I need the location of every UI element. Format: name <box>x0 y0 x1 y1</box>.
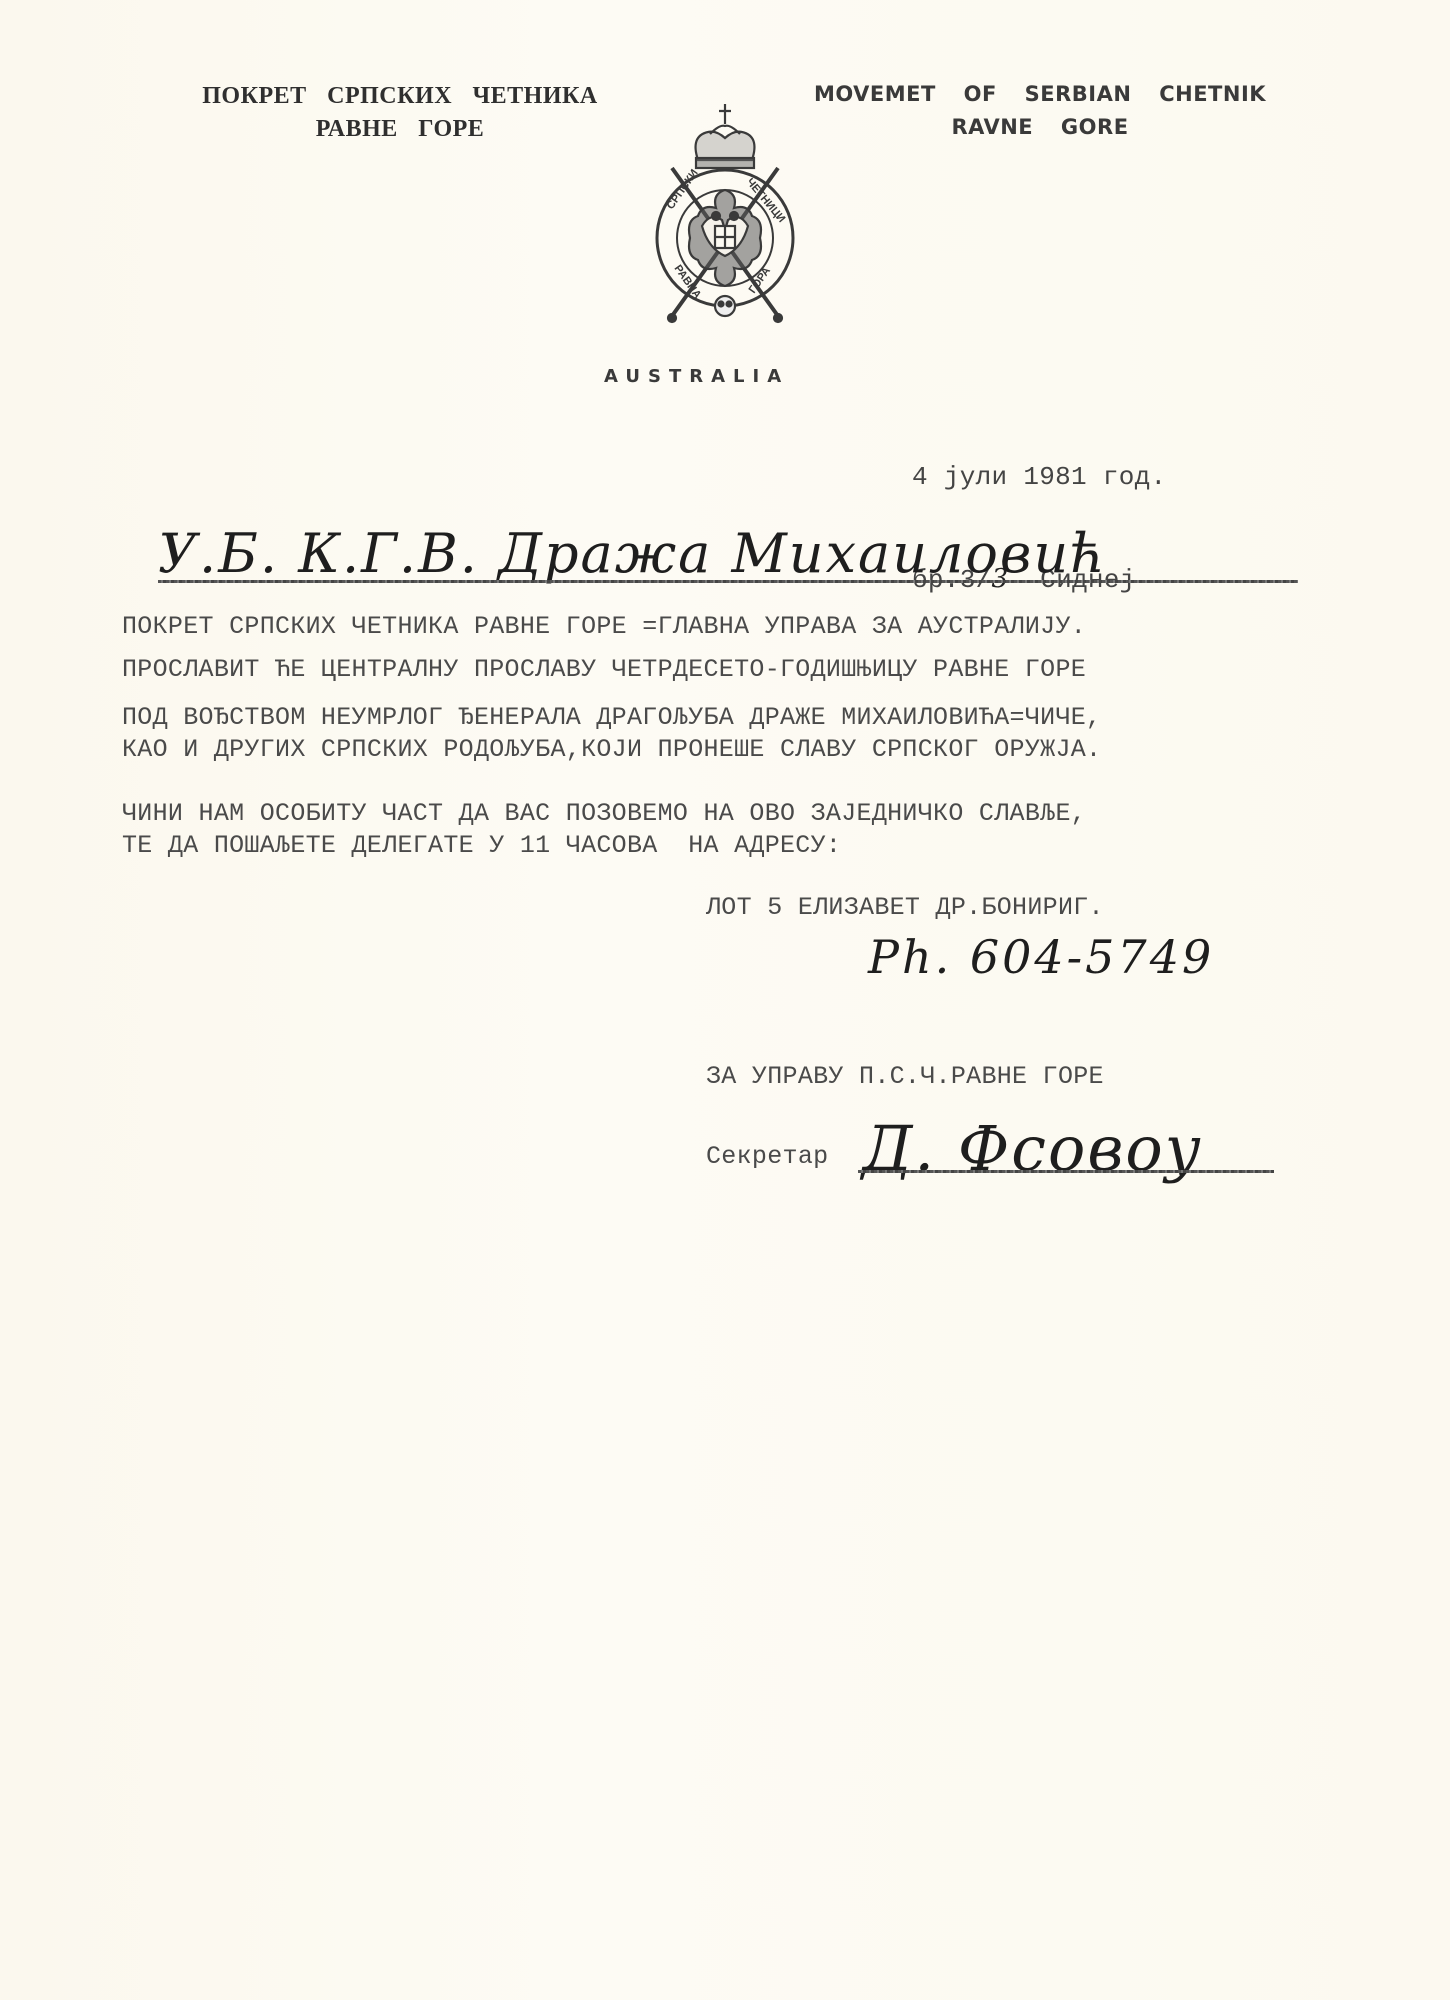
closing-on-behalf: ЗА УПРАВУ П.С.Ч.РАВНЕ ГОРЕ <box>706 1062 1104 1091</box>
letterhead-cyrillic: ПОКРЕТ СРПСКИХ ЧЕТНИКА РАВНЕ ГОРЕ <box>150 80 650 146</box>
svg-text:СРПСКИ: СРПСКИ <box>665 167 701 211</box>
body-paragraph-3-line-2: КАО И ДРУГИХ СРПСКИХ РОДОЉУБА,КОЈИ ПРОНЕ… <box>122 735 1101 764</box>
crowned-emblem-icon: СРПСКИ ЧЕТНИЦИ РАВНА ГОРА <box>650 98 800 343</box>
body-paragraph-2: ПРОСЛАВИТ ЋЕ ЦЕНТРАЛНУ ПРОСЛАВУ ЧЕТРДЕСЕ… <box>122 655 1086 684</box>
phone-handwritten: Ph. 604-5749 <box>868 930 1214 984</box>
letterhead-latin-line2: RAVNE GORE <box>790 111 1290 144</box>
body-paragraph-3-line-1: ПОД ВОЂСТВОМ НЕУМРЛОГ ЂЕНЕРАЛА ДРАГОЉУБА… <box>122 703 1101 732</box>
letterhead-latin-line1: MOVEMET OF SERBIAN CHETNIK <box>790 78 1290 111</box>
letter-date: 4 јули 1981 год. <box>912 460 1166 494</box>
letterhead-cyrillic-line2: РАВНЕ ГОРЕ <box>150 113 650 146</box>
body-paragraph-1: ПОКРЕТ СРПСКИХ ЧЕТНИКА РАВНЕ ГОРЕ =ГЛАВН… <box>122 612 1086 641</box>
letterhead-latin: MOVEMET OF SERBIAN CHETNIK RAVNE GORE <box>790 78 1290 144</box>
letterhead-country: AUSTRALIA <box>604 366 789 387</box>
closing-title: Секретар <box>706 1142 828 1171</box>
letter-page: ПОКРЕТ СРПСКИХ ЧЕТНИКА РАВНЕ ГОРЕ MOVEME… <box>0 0 1450 2000</box>
secretary-signature: Д. Фсовоу <box>862 1112 1203 1185</box>
body-paragraph-4-line-1: ЧИНИ НАМ ОСОБИТУ ЧАСТ ДА ВАС ПОЗОВЕМО НА… <box>122 799 1086 828</box>
address-typed: ЛОТ 5 ЕЛИЗАВЕТ ДР.БОНИРИГ. <box>706 893 1104 922</box>
recipient-underline <box>158 580 1298 583</box>
body-paragraph-4-line-2: ТЕ ДА ПОШАЉЕТЕ ДЕЛЕГАТЕ У 11 ЧАСОВА НА А… <box>122 831 841 860</box>
signature-line <box>858 1170 1274 1173</box>
letterhead-cyrillic-line1: ПОКРЕТ СРПСКИХ ЧЕТНИКА <box>150 80 650 113</box>
recipient-handwritten: У.Б. К.Г.В. Дража Михаиловић <box>158 522 1107 585</box>
